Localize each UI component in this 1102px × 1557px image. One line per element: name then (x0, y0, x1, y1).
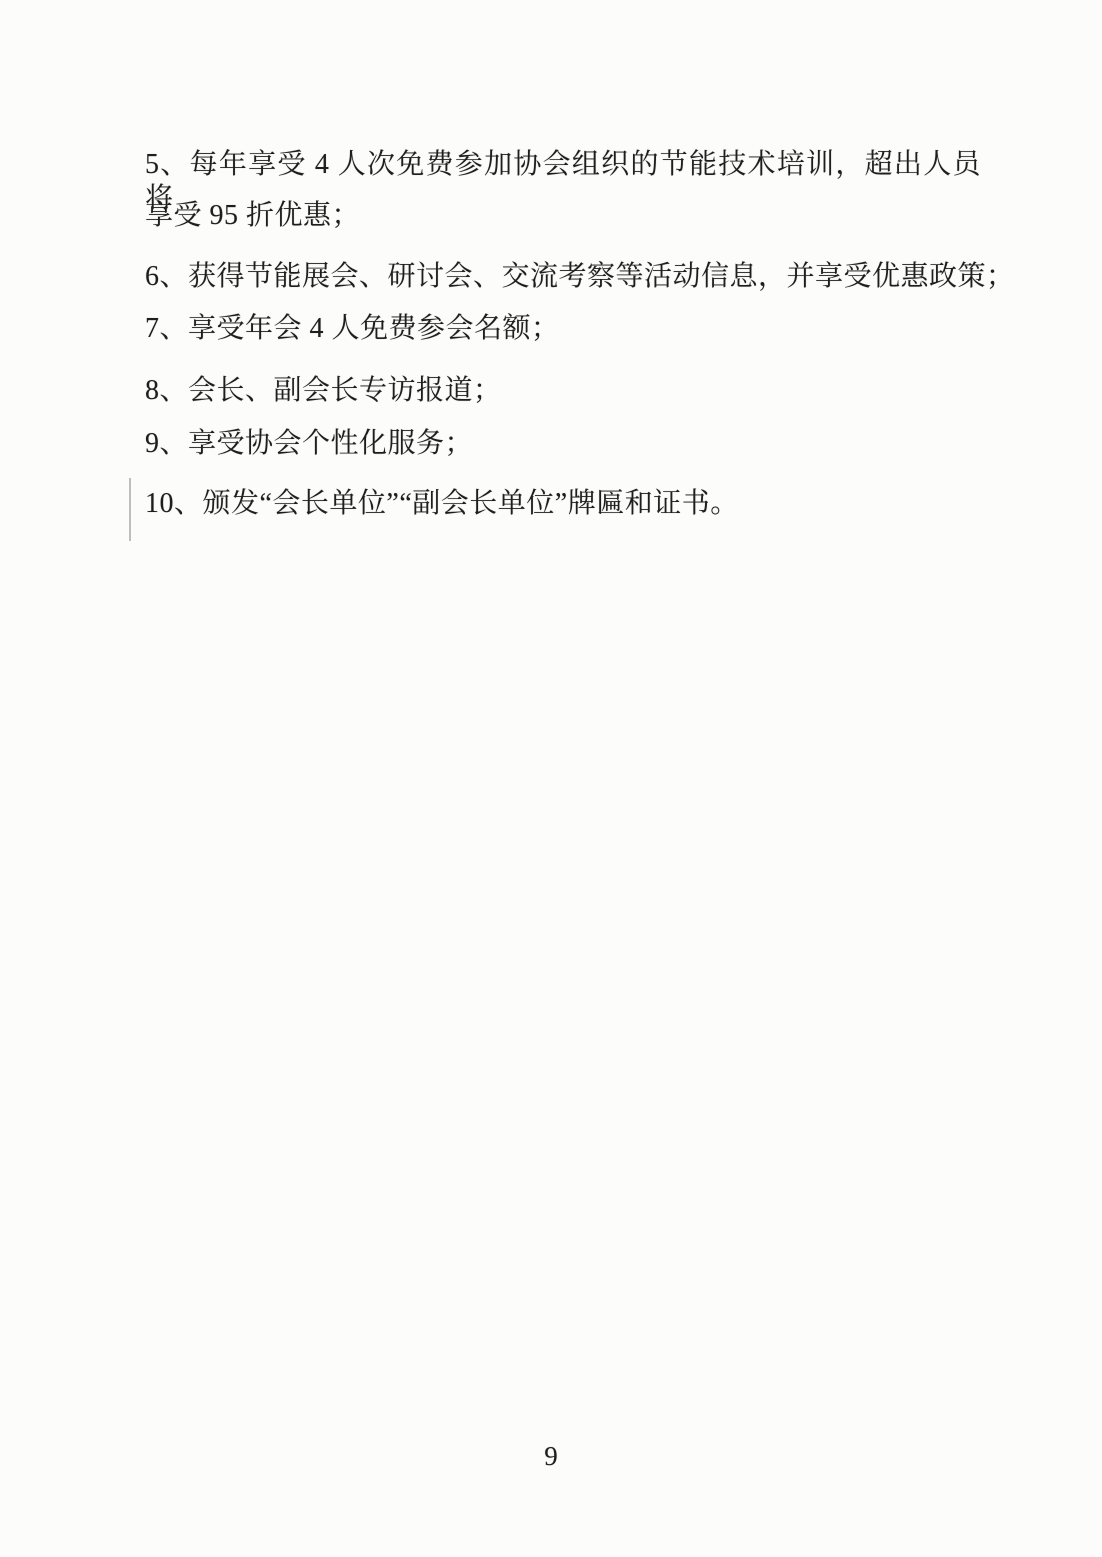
list-item-7: 7、享受年会 4 人免费参会名额； (145, 312, 981, 346)
document-page: 5、每年享受 4 人次免费参加协会组织的节能技术培训，超出人员将 享受 95 折… (0, 0, 1102, 1557)
list-item-10: 10、颁发“会长单位”“副会长单位”牌匾和证书。 (145, 487, 981, 521)
list-item-5-line-2: 享受 95 折优惠； (145, 199, 981, 233)
page-number: 9 (0, 1440, 1102, 1472)
list-item-8: 8、会长、副会长专访报道； (145, 374, 981, 408)
list-item-6: 6、获得节能展会、研讨会、交流考察等活动信息，并享受优惠政策； (145, 260, 981, 294)
scan-artifact-line (129, 478, 131, 541)
list-item-9: 9、享受协会个性化服务； (145, 427, 981, 461)
